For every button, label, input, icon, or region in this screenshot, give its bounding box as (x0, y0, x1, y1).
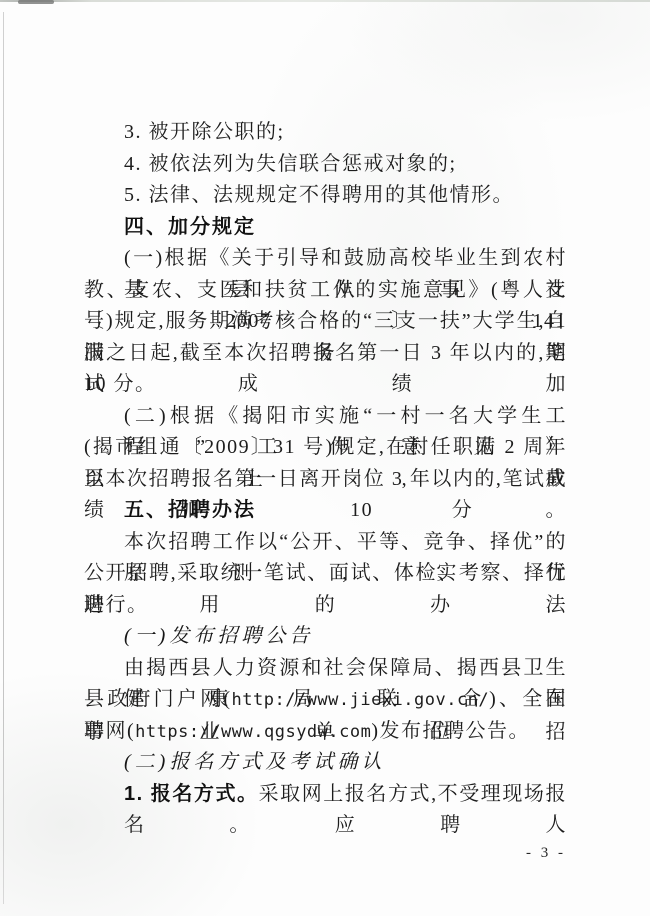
numbered-item: 4. 被依法列为失信联合惩戒对象的; (84, 149, 567, 181)
subsection-heading-announcement: (一)发布招聘公告 (84, 621, 567, 653)
scan-artifact-top-edge (0, 0, 650, 2)
paragraph-line: (二)根据《揭阳市实施“一村一名大学生工程”工作意见》 (84, 401, 567, 433)
paragraph-line: 由揭西县人力资源和社会保障局、揭西县卫生健康局联合在 (84, 653, 567, 685)
page-number: - 3 - (526, 845, 566, 862)
text-segment: )发布招聘公告。 (371, 720, 530, 742)
paragraph-line: 教、支农、支医和扶贫工作的实施意见》(粤人社〔2007〕141 (84, 275, 567, 307)
paragraph-line: 本次招聘工作以“公开、平等、竞争、择优”的原则,实行 (84, 527, 567, 559)
text-segment: 县政府门户网( (84, 688, 232, 710)
scan-artifact-left-line (3, 12, 4, 904)
paragraph-line: 至本次招聘报名第一日离开岗位 3 年以内的,笔试成绩加 10 分。 (84, 464, 567, 496)
paragraph-line: (一)根据《关于引导和鼓励高校毕业生到农村基层从事支 (84, 243, 567, 275)
text-segment: 聘网( (84, 720, 135, 742)
section-heading-bonus-rules: 四、加分规定 (84, 212, 567, 244)
numbered-item: 3. 被开除公职的; (84, 117, 567, 149)
paragraph-line-with-url: 聘网(https://www.qgsydw.com)发布招聘公告。 (84, 716, 567, 748)
paragraph-line-with-url: 县政府门户网(http://www.jiexi.gov.cn/)、全国事业单位招 (84, 684, 567, 716)
paragraph-line: (揭市组通〔2009〕31 号)规定,在村任职满 2 周年以上,截 (84, 432, 567, 464)
paragraph-line: 公开招聘,采取统一笔试、面试、体检、考察、择优聘用的办法 (84, 558, 567, 590)
paragraph-line-with-bold-lead: 1. 报名方式。采取网上报名方式,不受理现场报名。应聘人 (84, 779, 567, 811)
paragraph-line: 号)规定,服务期满考核合格的“三支一扶”大学生,自服务期 (84, 306, 567, 338)
numbered-item: 5. 法律、法规规定不得聘用的其他情形。 (84, 180, 567, 212)
document-body: 3. 被开除公职的; 4. 被依法列为失信联合惩戒对象的; 5. 法律、法规规定… (84, 117, 567, 810)
bold-lead-text: 1. 报名方式。 (124, 783, 259, 805)
website-url: http://www.jiexi.gov.cn/ (232, 690, 490, 710)
scan-artifact-smudge (18, 0, 54, 4)
subsection-heading-registration: (二)报名方式及考试确认 (84, 747, 567, 779)
website-url: https://www.qgsydw.com (135, 722, 371, 742)
scanned-document-page: 3. 被开除公职的; 4. 被依法列为失信联合惩戒对象的; 5. 法律、法规规定… (0, 0, 650, 916)
paragraph-line: 满之日起,截至本次招聘报名第一日 3 年以内的,笔试成绩加 (84, 338, 567, 370)
